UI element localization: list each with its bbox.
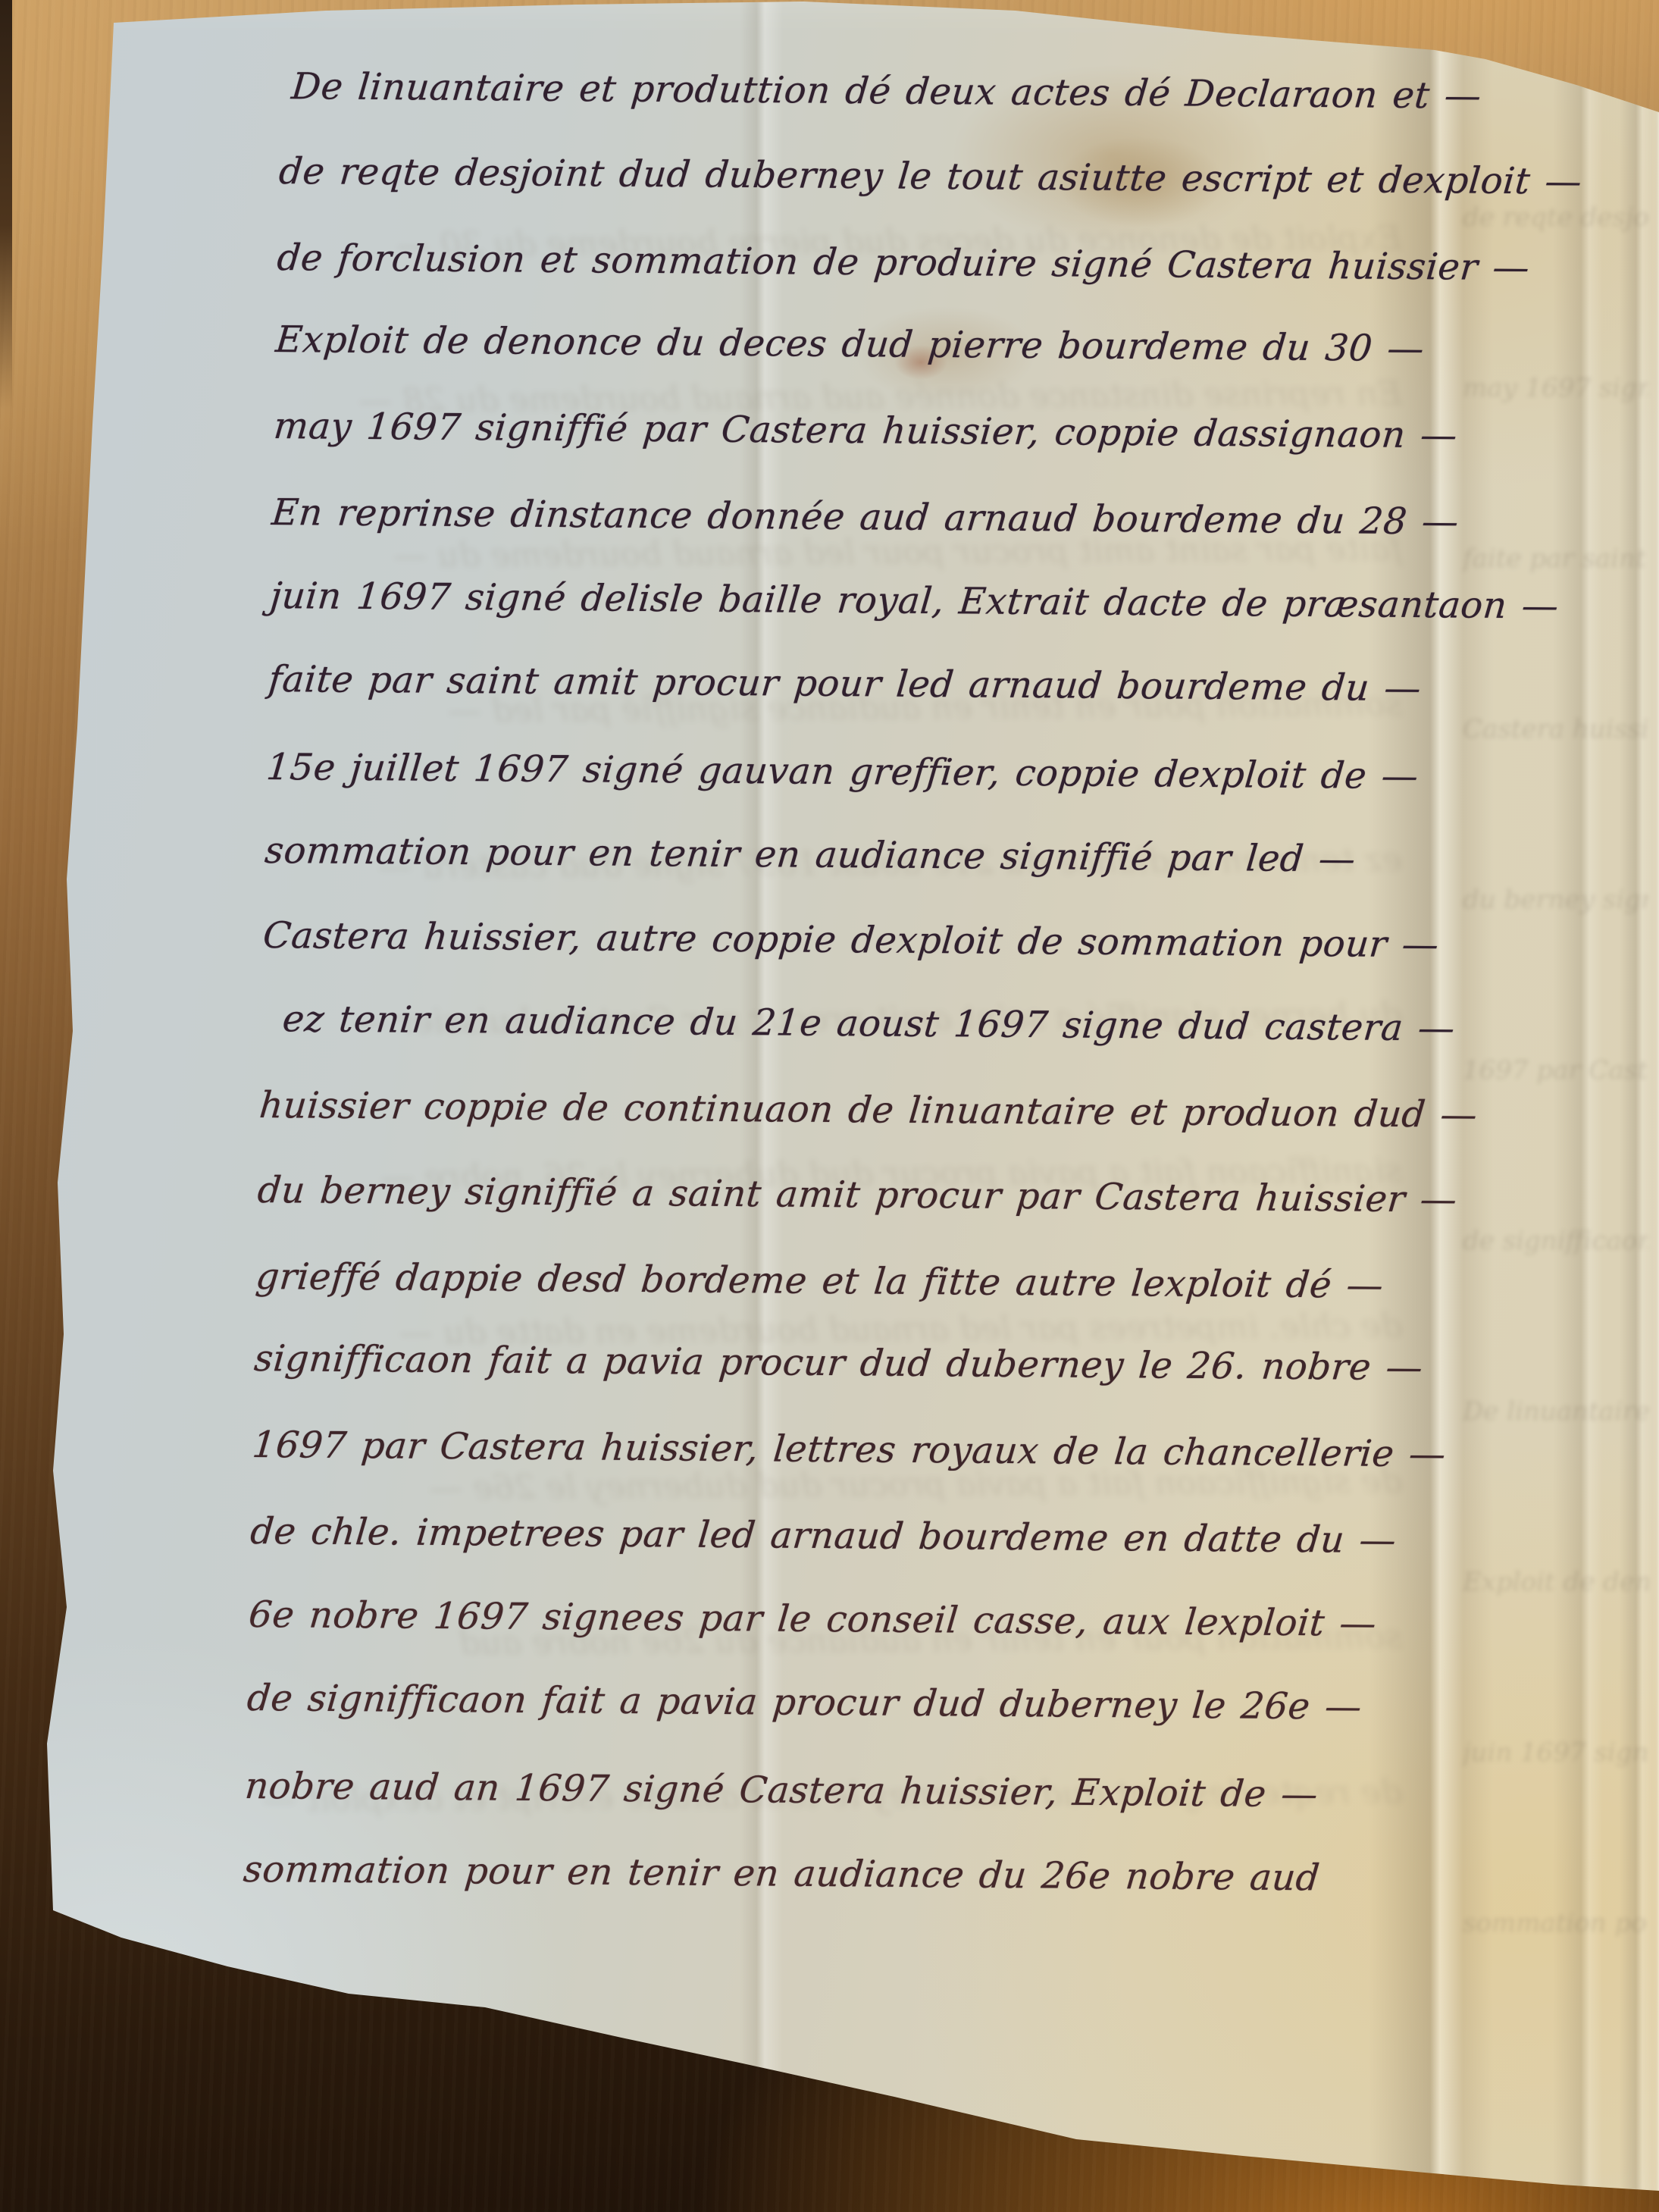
manuscript-line: may 1697 signiffié par Castera huissier,… — [270, 384, 1490, 478]
manuscript-line: faite par saint amit procur pour led arn… — [265, 637, 1485, 732]
manuscript-line: De linuantaire et produttion dé deux act… — [288, 44, 1498, 139]
adjacent-page-ghost-text: 1697 par Castera huissier, lettres royau… — [1463, 1050, 1648, 1091]
manuscript-line: nobre aud an 1697 signé Castera huissier… — [242, 1744, 1462, 1838]
manuscript-line: de reqte desjoint dud duberney le tout a… — [275, 129, 1495, 224]
manuscript-line: 15e juillet 1697 signé gauvan greffier, … — [263, 725, 1483, 819]
manuscript-line: huissier coppie de continuaon de linuant… — [256, 1063, 1476, 1158]
manuscript-page: Exploit de denonce du deces dud pierre b… — [0, 0, 1659, 2212]
adjacent-page-ghost-text: de signifficaon fait a pavia procur dud … — [1463, 1220, 1648, 1261]
manuscript-line: de signifficaon fait a pavia procur dud … — [243, 1656, 1463, 1750]
adjacent-page-ghost-text: faite par saint amit procur pour led arn… — [1463, 538, 1648, 579]
manuscript-text: De linuantaire et produttion dé deux act… — [243, 44, 1495, 1922]
adjacent-page-ghost-text: Castera huissier, autre coppie dexploit … — [1463, 709, 1648, 750]
adjacent-page-ghost-text: du berney signiffié a saint amit procur … — [1463, 879, 1648, 920]
manuscript-line: sommation pour en tenir en audiance du 2… — [239, 1827, 1460, 1922]
photograph-of-manuscript: Exploit de denonce du deces dud pierre b… — [0, 0, 1659, 2212]
manuscript-line: juin 1697 signé delisle baille royal, Ex… — [267, 553, 1487, 648]
manuscript-line: sommation pour en tenir en audiance sign… — [261, 808, 1482, 903]
adjacent-sheet-edge-sliver — [0, 0, 12, 409]
manuscript-line: de chle. impetrees par led arnaud bourde… — [247, 1489, 1467, 1584]
adjacent-page-ghost-text: sommation pour en tenir en audiance sign… — [1463, 1903, 1648, 1944]
adjacent-page-ghost-text: De linuantaire et produttion dé deux act… — [1463, 1391, 1648, 1432]
adjacent-page-ghost-text: juin 1697 signé delisle baille royal, Ex… — [1463, 1732, 1648, 1773]
manuscript-line: du berney signiffié a saint amit procur … — [254, 1148, 1474, 1242]
manuscript-line: 6e nobre 1697 signees par le conseil cas… — [245, 1572, 1465, 1667]
manuscript-line: grieffé dappie desd bordeme et la fitte … — [252, 1234, 1473, 1329]
adjacent-page-ghost-text: may 1697 signiffié par Castera huissier,… — [1463, 368, 1648, 409]
manuscript-line: de forclusion et sommation de produire s… — [274, 215, 1494, 310]
manuscript-line: signifficaon fait a pavia procur dud dub… — [251, 1316, 1471, 1411]
adjacent-page-ghost-text: Exploit de denonce du deces dud pierre b… — [1463, 1562, 1648, 1603]
manuscript-line: En reprinse dinstance donnée aud arnaud … — [268, 470, 1488, 565]
manuscript-line: 1697 par Castera huissier, lettres royau… — [249, 1402, 1469, 1497]
manuscript-line: Castera huissier, autre coppie dexploit … — [259, 893, 1479, 988]
manuscript-line: Exploit de denonce du deces dud pierre b… — [272, 297, 1492, 392]
manuscript-line: ez tenir en audiance du 21e aoust 1697 s… — [279, 976, 1478, 1071]
